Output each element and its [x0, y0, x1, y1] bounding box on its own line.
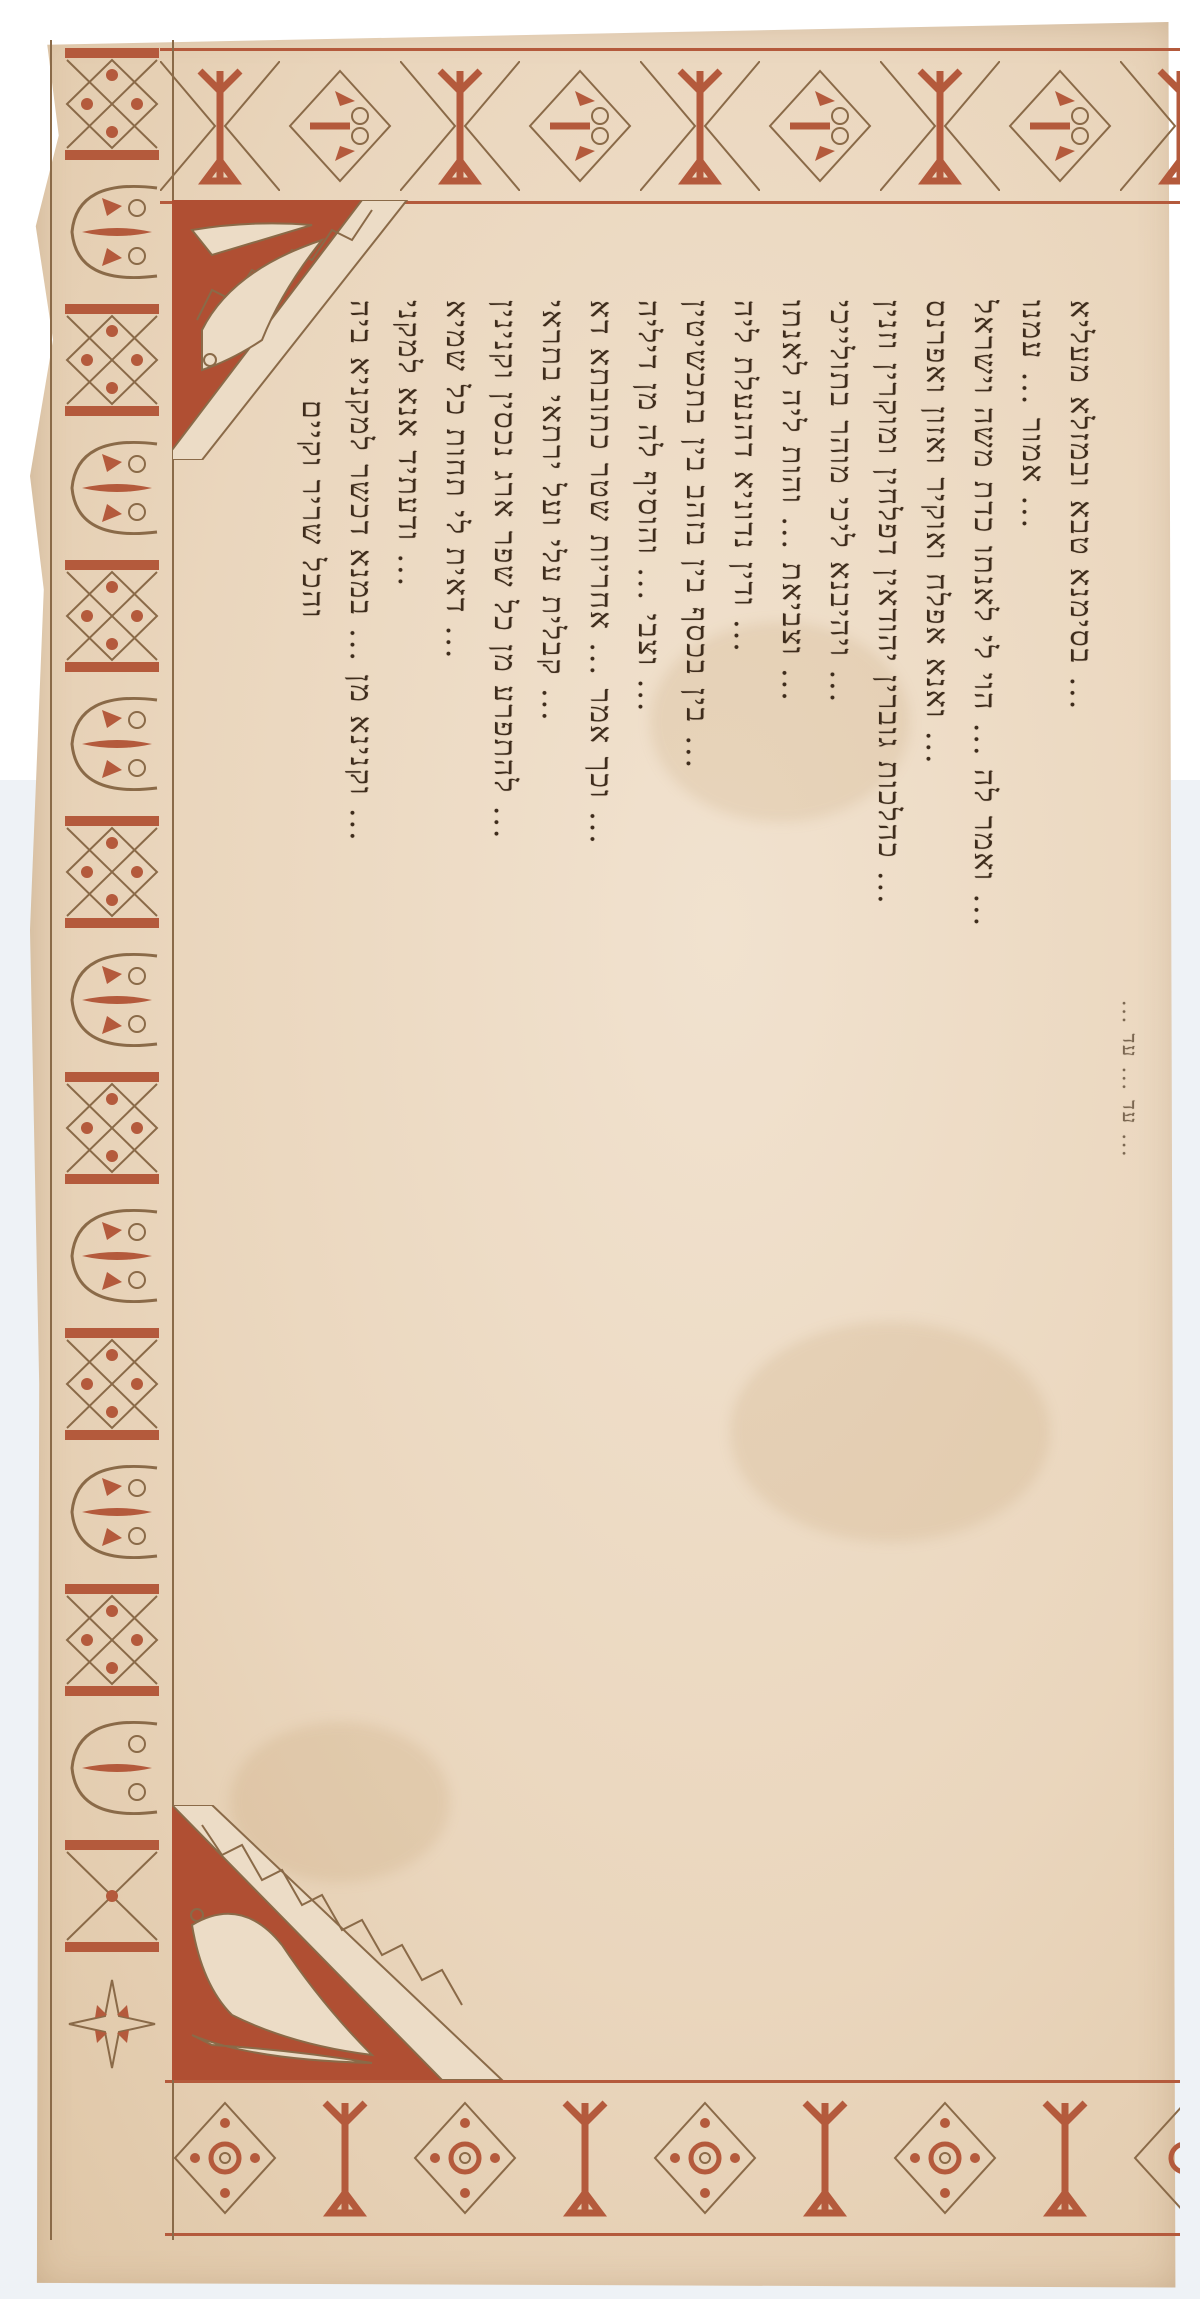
circle-diamond-motif-icon	[885, 2093, 1005, 2223]
heart-scroll-medallion-icon	[57, 168, 167, 296]
palmette-motif-icon	[760, 61, 880, 191]
circle-diamond-motif-icon	[165, 2093, 285, 2223]
circle-diamond-motif-icon	[645, 2093, 765, 2223]
text-line: בסימנא טבא ובמזלא מעליא ...	[1060, 300, 1100, 1800]
palmette-motif-icon	[520, 61, 640, 191]
text-line: ויהיבנא ליכי מוהר בתולייכי ...	[820, 300, 860, 1940]
lattice-square-motif-icon	[57, 808, 167, 936]
top-ornamental-border	[160, 48, 1180, 204]
ketubah-text-block: בסימנא טבא ובמזלא מעליא ... אמור ... עמנ…	[200, 300, 1100, 2060]
text-line: וקנינא מן ... במנא דכשר למקניא ביה ...	[340, 300, 380, 1800]
heart-scroll-medallion-icon	[57, 680, 167, 808]
bottom-ornamental-border	[165, 2080, 1180, 2236]
text-line: כהלכות גוברין יהודאין דפלחין ומוקרין וזנ…	[868, 300, 908, 1920]
lattice-square-motif-icon	[57, 1576, 167, 1704]
tree-motif-icon	[160, 61, 280, 191]
text-line: ודעתיד אנא למקני ...	[388, 300, 428, 1850]
witness-signature-line: ... עד ... עד ...	[1110, 1000, 1150, 2100]
tree-motif-icon	[400, 61, 520, 191]
tree-motif-icon	[285, 2093, 405, 2223]
left-ornamental-border	[50, 40, 174, 2240]
text-line: וכך אמר ... אחריות שטר כתובתא דא ...	[580, 300, 620, 2000]
heart-scroll-medallion-icon	[57, 936, 167, 1064]
heart-scroll-medallion-icon	[57, 1704, 167, 1832]
text-line: ואנא אפלח ואוקיר ואזון ואפרנס ...	[916, 300, 956, 1900]
tree-motif-icon	[765, 2093, 885, 2223]
tree-motif-icon	[1120, 61, 1180, 191]
lattice-square-motif-icon	[57, 40, 167, 168]
heart-scroll-medallion-icon	[57, 1448, 167, 1576]
text-line: בין בכסף בין בזהב בין בתכשיטין ...	[676, 300, 716, 1980]
text-line: קבלית עלי ועל ירתאי בתראי ...	[532, 300, 572, 2000]
text-line: דאית לי תחות כל שמיא ...	[436, 300, 476, 1900]
lattice-square-motif-icon	[57, 296, 167, 424]
heart-scroll-medallion-icon	[57, 1192, 167, 1320]
palmette-motif-icon	[280, 61, 400, 191]
text-line: אמור ... עמנו ...	[1012, 300, 1052, 1860]
lattice-square-motif-icon	[57, 552, 167, 680]
text-line: ודין נדוניא דהנעלת ליה ...	[724, 300, 764, 1970]
circle-diamond-motif-icon	[405, 2093, 525, 2223]
text-line: להתפרע מן כל שפר ארג נכסין וקנינין ...	[484, 300, 524, 1950]
lattice-square-motif-icon	[57, 1832, 167, 1960]
circle-diamond-motif-icon	[1125, 2093, 1180, 2223]
heart-scroll-medallion-icon	[57, 424, 167, 552]
text-line: ואמר לה ... הוי לי לאנתו כדת משה וישראל …	[964, 300, 1004, 1880]
text-line: והכל שריר וקיים	[292, 400, 332, 1800]
tree-motif-icon	[525, 2093, 645, 2223]
tree-motif-icon	[640, 61, 760, 191]
tree-motif-icon	[1005, 2093, 1125, 2223]
tree-motif-icon	[880, 61, 1000, 191]
palmette-motif-icon	[1000, 61, 1120, 191]
star-flower-motif-icon	[57, 1960, 167, 2088]
lattice-square-motif-icon	[57, 1064, 167, 1192]
lattice-square-motif-icon	[57, 1320, 167, 1448]
text-line: וצבי ... והוסיף לה מן דיליה ...	[628, 300, 668, 1990]
text-line: וצביאת ... והות ליה לאנתו ...	[772, 300, 812, 1960]
